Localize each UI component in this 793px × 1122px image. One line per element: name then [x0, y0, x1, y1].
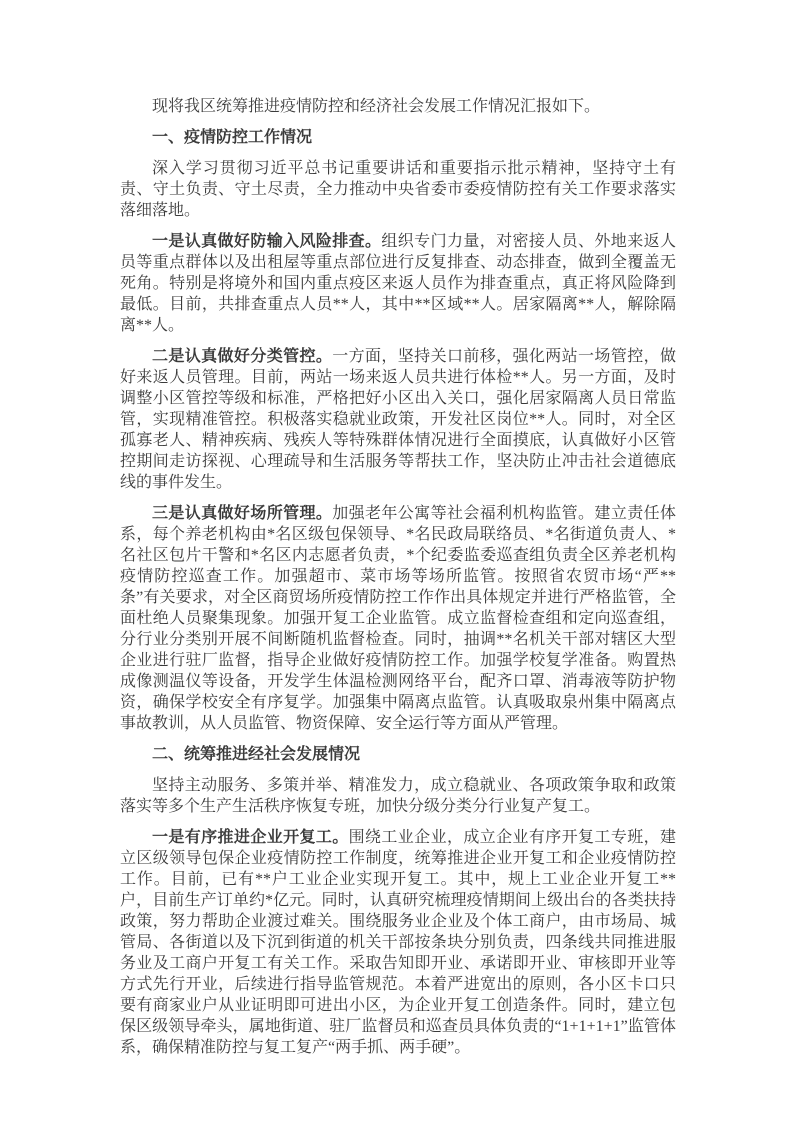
section-2-point-1-text: 围绕工业企业，成立企业有序开复工专班，建立区级领导包保企业疫情防控工作制度，统筹…: [120, 829, 676, 1056]
document-page: 现将我区统筹推进疫情防控和经济社会发展工作情况汇报如下。 一、疫情防控工作情况 …: [0, 0, 793, 1122]
point-2-lead: 二是认真做好分类管控。: [152, 348, 332, 365]
section-1-point-1-paragraph: 一是认真做好防输入风险排查。组织专门力量，对密接人员、外地来返人员等重点群体以及…: [120, 231, 676, 336]
section-1-point-3-paragraph: 三是认真做好场所管理。加强老年公寓等社会福利机构监管。建立责任体系，每个养老机构…: [120, 503, 676, 734]
intro-paragraph: 现将我区统筹推进疫情防控和经济社会发展工作情况汇报如下。: [120, 96, 676, 117]
point-1-lead: 一是认真做好防输入风险排查。: [152, 233, 381, 250]
section-2-point-1-lead: 一是有序推进企业开复工。: [152, 829, 349, 846]
section-2-heading: 二、统筹推进经社会发展情况: [120, 744, 676, 765]
section-2-point-1-paragraph: 一是有序推进企业开复工。围绕工业企业，成立企业有序开复工专班，建立区级领导包保企…: [120, 827, 676, 1058]
point-3-text: 加强老年公寓等社会福利机构监管。建立责任体系，每个养老机构由*名区级包保领导、*…: [120, 505, 676, 732]
section-1-point-2-paragraph: 二是认真做好分类管控。一方面，坚持关口前移，强化两站一场管控，做好来返人员管理。…: [120, 346, 676, 493]
point-3-lead: 三是认真做好场所管理。: [152, 505, 332, 522]
section-1-lead-paragraph: 深入学习贯彻习近平总书记重要讲话和重要指示批示精神，坚持守土有责、守土负责、守土…: [120, 158, 676, 221]
section-1-heading: 一、疫情防控工作情况: [120, 127, 676, 148]
section-2-lead-paragraph: 坚持主动服务、多策并举、精准发力，成立稳就业、各项政策争取和政策落实等多个生产生…: [120, 775, 676, 817]
point-2-text: 一方面，坚持关口前移，强化两站一场管控，做好来返人员管理。目前，两站一场来返人员…: [120, 348, 676, 491]
document-body: 现将我区统筹推进疫情防控和经济社会发展工作情况汇报如下。 一、疫情防控工作情况 …: [120, 96, 676, 1058]
